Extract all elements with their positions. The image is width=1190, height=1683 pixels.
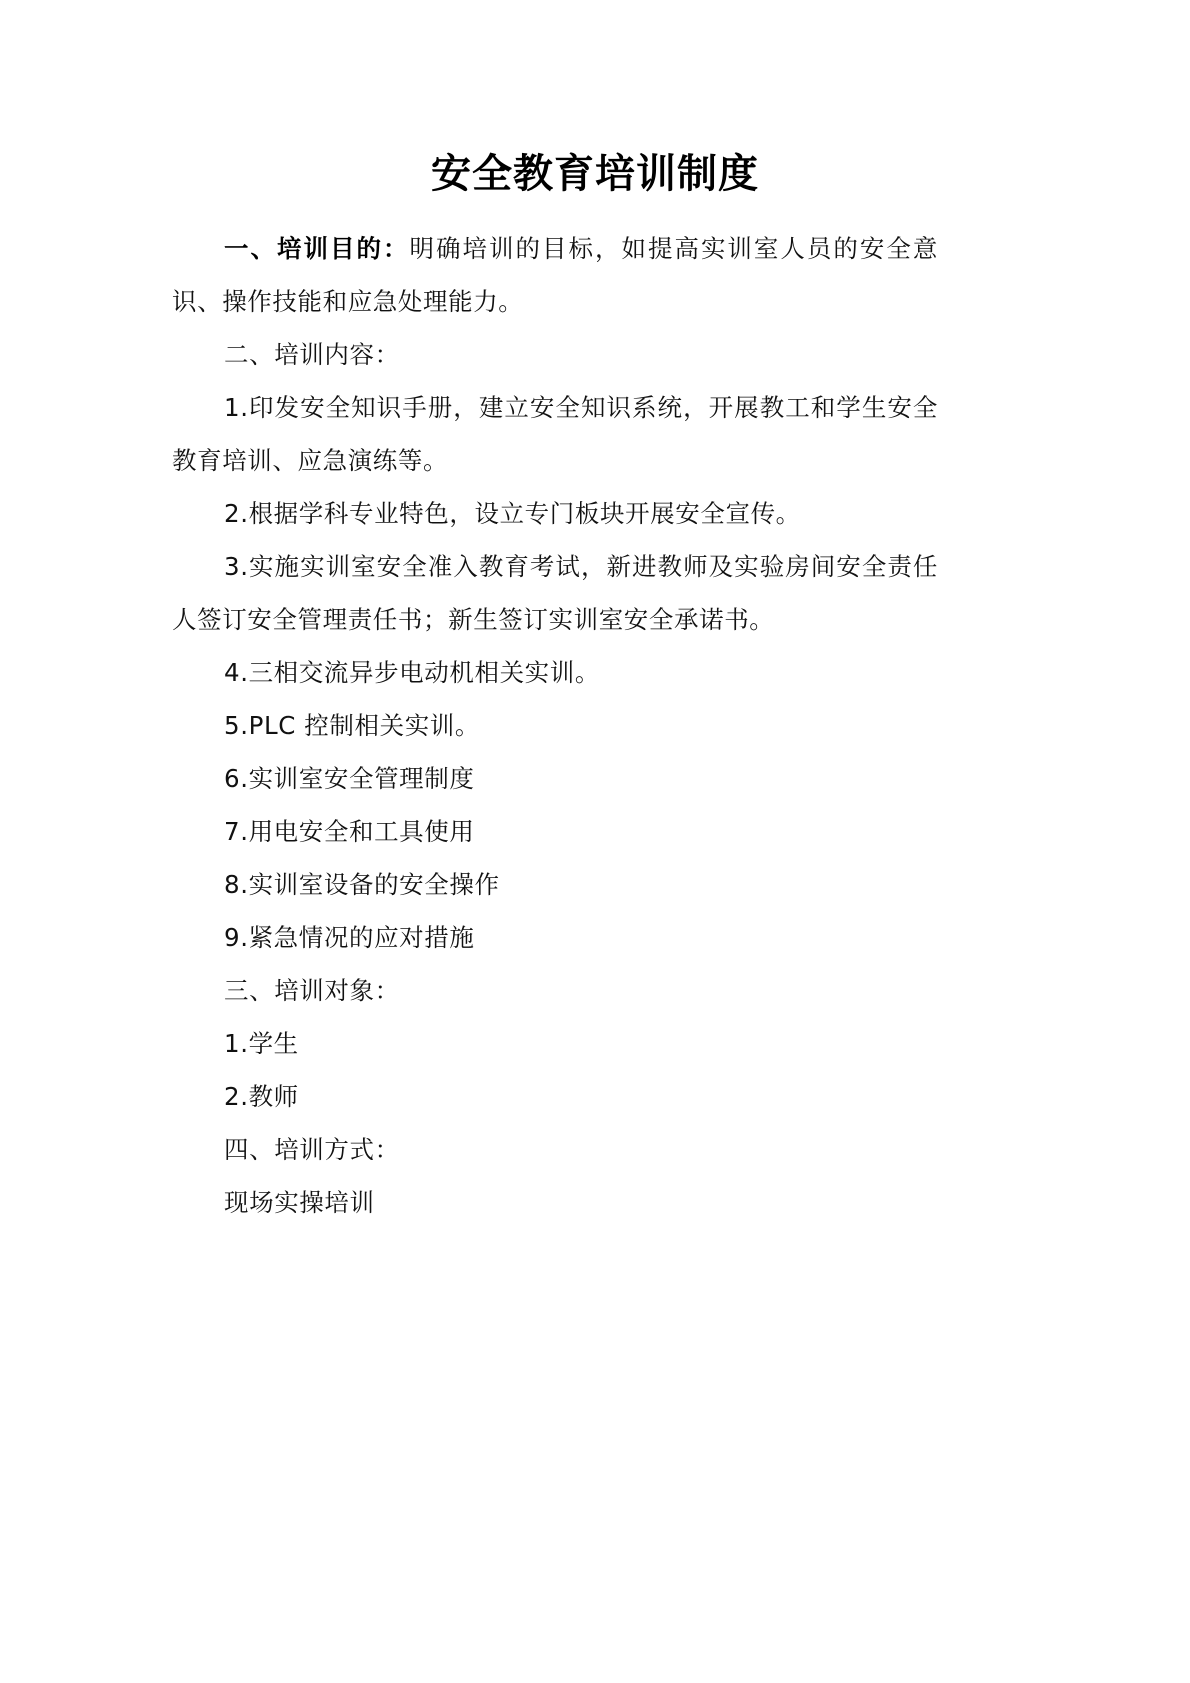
section-content-heading: 二、培训内容： bbox=[172, 328, 938, 381]
document-title: 安全教育培训制度 bbox=[0, 146, 1190, 202]
content-item: 8.实训室设备的安全操作 bbox=[172, 858, 938, 911]
section-method-text: 现场实操培训 bbox=[172, 1176, 938, 1229]
section-purpose-heading: 一、培训目的： bbox=[224, 234, 409, 263]
content-item: 5.PLC 控制相关实训。 bbox=[172, 699, 938, 752]
section-purpose: 一、培训目的：明确培训的目标，如提高实训室人员的安全意识、操作技能和应急处理能力… bbox=[172, 222, 938, 328]
section-method-heading: 四、培训方式： bbox=[172, 1123, 938, 1176]
content-item: 7.用电安全和工具使用 bbox=[172, 805, 938, 858]
content-item: 9.紧急情况的应对措施 bbox=[172, 911, 938, 964]
document-page: 安全教育培训制度 一、培训目的：明确培训的目标，如提高实训室人员的安全意识、操作… bbox=[0, 0, 1190, 1683]
document-body: 一、培训目的：明确培训的目标，如提高实训室人员的安全意识、操作技能和应急处理能力… bbox=[172, 222, 938, 1229]
content-item: 3.实施实训室安全准入教育考试，新进教师及实验房间安全责任人签订安全管理责任书；… bbox=[172, 540, 938, 646]
content-item: 6.实训室安全管理制度 bbox=[172, 752, 938, 805]
content-item: 2.根据学科专业特色，设立专门板块开展安全宣传。 bbox=[172, 487, 938, 540]
audience-item: 1.学生 bbox=[172, 1017, 938, 1070]
content-item: 4.三相交流异步电动机相关实训。 bbox=[172, 646, 938, 699]
audience-item: 2.教师 bbox=[172, 1070, 938, 1123]
content-item: 1.印发安全知识手册，建立安全知识系统，开展教工和学生安全教育培训、应急演练等。 bbox=[172, 381, 938, 487]
section-audience-heading: 三、培训对象： bbox=[172, 964, 938, 1017]
